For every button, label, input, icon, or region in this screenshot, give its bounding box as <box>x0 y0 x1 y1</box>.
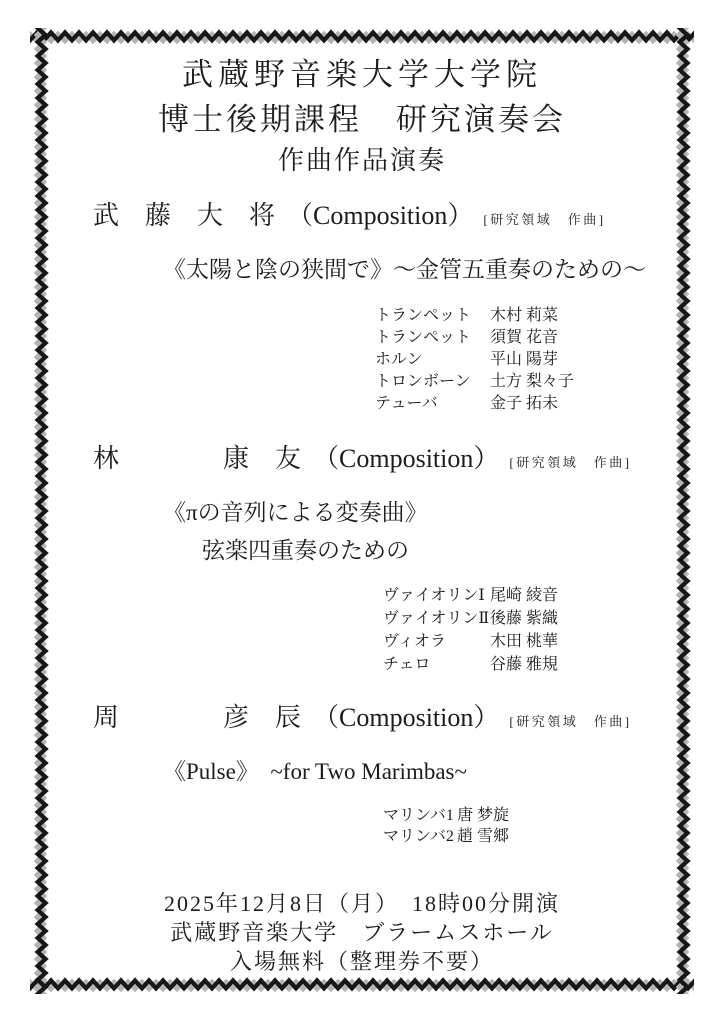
performer-row: ヴァイオリンⅡ後藤 紫織 <box>383 607 724 630</box>
performer-name: 木田 桃華 <box>490 630 558 653</box>
instrument-label: ヴァイオリンⅡ <box>383 607 490 630</box>
flyer-footer: 2025年12月8日（月） 18時00分開演 武蔵野音楽大学 ブラームスホール … <box>0 889 724 976</box>
performer-name: 金子 拓未 <box>490 393 558 415</box>
performer-name: 谷藤 雅規 <box>490 653 558 676</box>
composer-line: 周 彦 辰（Composition）[研究領域 作曲] <box>93 700 724 740</box>
performer-name: 後藤 紫織 <box>490 607 558 630</box>
performer-list: ヴァイオリンⅠ尾崎 綾音 ヴァイオリンⅡ後藤 紫織 ヴィオラ木田 桃華 チェロ谷… <box>383 584 724 676</box>
performer-row: ヴァイオリンⅠ尾崎 綾音 <box>383 584 724 607</box>
flyer-content: 武蔵野音楽大学大学院 博士後期課程 研究演奏会 作曲作品演奏 武 藤 大 将（C… <box>0 0 724 976</box>
instrument-label: トロンボーン <box>375 371 490 393</box>
performer-list: マリンバ1唐 梦旋 マリンバ2趙 雪郷 <box>383 805 724 847</box>
work-title: 《Pulse》 ~for Two Marimbas~ <box>163 753 724 791</box>
instrument-label: ヴィオラ <box>383 630 490 653</box>
event-venue: 武蔵野音楽大学 ブラームスホール <box>0 918 724 947</box>
performer-row: トランペット須賀 花音 <box>375 327 724 349</box>
instrument-label: ホルン <box>375 349 490 371</box>
performer-row: テューバ金子 拓未 <box>375 393 724 415</box>
performer-row: トロンボーン土方 梨々子 <box>375 371 724 393</box>
degree-label: （Composition） <box>287 201 473 230</box>
instrument-label: トランペット <box>375 305 490 327</box>
research-field-label: [研究領域 作曲] <box>509 714 631 729</box>
performer-row: ホルン平山 陽芽 <box>375 349 724 371</box>
page-title-line1: 武蔵野音楽大学大学院 <box>0 52 724 97</box>
performer-row: トランペット木村 莉菜 <box>375 305 724 327</box>
instrument-label: ヴァイオリンⅠ <box>383 584 490 607</box>
composer-name: 周 彦 辰 <box>93 703 301 732</box>
composer-line: 武 藤 大 将（Composition）[研究領域 作曲] <box>93 198 724 238</box>
composer-name: 武 藤 大 将 <box>93 201 275 230</box>
composer-name: 林 康 友 <box>93 444 301 473</box>
research-field-label: [研究領域 作曲] <box>509 455 631 470</box>
work-title: 《太陽と陰の狭間で》～金管五重奏のための～ <box>163 251 724 289</box>
degree-label: （Composition） <box>313 703 499 732</box>
degree-label: （Composition） <box>313 444 499 473</box>
program-section-1: 武 藤 大 将（Composition）[研究領域 作曲] 《太陽と陰の狭間で》… <box>0 198 724 415</box>
performer-row: ヴィオラ木田 桃華 <box>383 630 724 653</box>
instrument-label: マリンバ1 <box>383 805 457 826</box>
composer-line: 林 康 友（Composition）[研究領域 作曲] <box>93 441 724 481</box>
performer-name: 須賀 花音 <box>490 327 558 349</box>
performer-row: チェロ谷藤 雅規 <box>383 653 724 676</box>
work-subtitle: 弦楽四重奏のための <box>202 532 724 570</box>
concert-flyer-page: 武蔵野音楽大学大学院 博士後期課程 研究演奏会 作曲作品演奏 武 藤 大 将（C… <box>0 0 724 1024</box>
performer-row: マリンバ1唐 梦旋 <box>383 805 724 826</box>
instrument-label: マリンバ2 <box>383 826 457 847</box>
zigzag-border-bottom-icon <box>30 976 694 994</box>
program-section-3: 周 彦 辰（Composition）[研究領域 作曲] 《Pulse》 ~for… <box>0 700 724 847</box>
instrument-label: チェロ <box>383 653 490 676</box>
admission-note: 入場無料（整理券不要） <box>0 947 724 976</box>
performer-name: 土方 梨々子 <box>490 371 574 393</box>
event-datetime: 2025年12月8日（月） 18時00分開演 <box>0 889 724 918</box>
performer-name: 木村 莉菜 <box>490 305 558 327</box>
page-subtitle: 作曲作品演奏 <box>0 142 724 180</box>
performer-name: 趙 雪郷 <box>457 826 509 847</box>
program-section-2: 林 康 友（Composition）[研究領域 作曲] 《πの音列による変奏曲》… <box>0 441 724 676</box>
work-title: 《πの音列による変奏曲》 <box>163 494 724 532</box>
instrument-label: トランペット <box>375 327 490 349</box>
flyer-header: 武蔵野音楽大学大学院 博士後期課程 研究演奏会 作曲作品演奏 <box>0 0 724 180</box>
performer-name: 平山 陽芽 <box>490 349 558 371</box>
performer-list: トランペット木村 莉菜 トランペット須賀 花音 ホルン平山 陽芽 トロンボーン土… <box>375 305 724 415</box>
performer-name: 尾崎 綾音 <box>490 584 558 607</box>
performer-name: 唐 梦旋 <box>457 805 509 826</box>
performer-row: マリンバ2趙 雪郷 <box>383 826 724 847</box>
research-field-label: [研究領域 作曲] <box>483 212 605 227</box>
instrument-label: テューバ <box>375 393 490 415</box>
page-title-line2: 博士後期課程 研究演奏会 <box>0 97 724 142</box>
